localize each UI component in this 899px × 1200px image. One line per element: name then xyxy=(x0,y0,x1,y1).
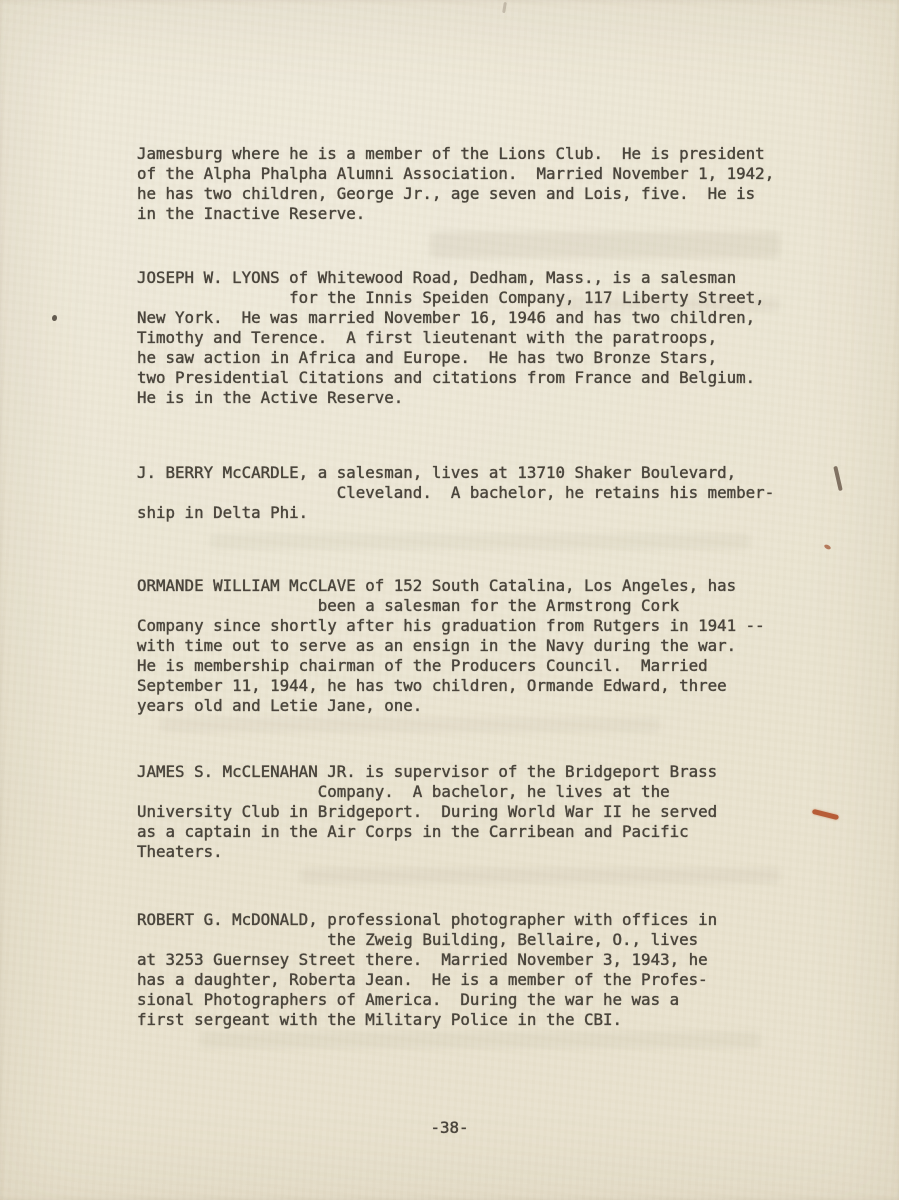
text-line: years old and Letie Jane, one. xyxy=(137,696,765,716)
text-line: ship in Delta Phi. xyxy=(137,503,774,523)
orange-ink-stroke-artifact xyxy=(812,809,839,820)
page-number: -38- xyxy=(0,1118,899,1138)
ink-dot-artifact xyxy=(52,315,57,321)
text-line: with time out to serve as an ensign in t… xyxy=(137,636,765,656)
typewritten-paragraph-mcclenahan: JAMES S. McCLENAHAN JR. is supervisor of… xyxy=(137,762,717,862)
text-line: September 11, 1944, he has two children,… xyxy=(137,676,765,696)
text-line: Theaters. xyxy=(137,842,717,862)
text-line: he saw action in Africa and Europe. He h… xyxy=(137,348,765,368)
text-line: Jamesburg where he is a member of the Li… xyxy=(137,144,774,164)
typewritten-paragraph-mcdonald: ROBERT G. McDONALD, professional photogr… xyxy=(137,910,717,1030)
text-line: in the Inactive Reserve. xyxy=(137,204,774,224)
bleed-through-smudge xyxy=(160,718,660,732)
text-line: for the Innis Speiden Company, 117 Liber… xyxy=(137,288,765,308)
scanned-document-page: Jamesburg where he is a member of the Li… xyxy=(0,0,899,1200)
text-line: first sergeant with the Military Police … xyxy=(137,1010,717,1030)
text-line: New York. He was married November 16, 19… xyxy=(137,308,765,328)
text-line: University Club in Bridgeport. During Wo… xyxy=(137,802,717,822)
typewritten-paragraph-mccardle: J. BERRY McCARDLE, a salesman, lives at … xyxy=(137,463,774,523)
text-line: been a salesman for the Armstrong Cork xyxy=(137,596,765,616)
text-line: the Zweig Building, Bellaire, O., lives xyxy=(137,930,717,950)
text-line: has a daughter, Roberta Jean. He is a me… xyxy=(137,970,717,990)
typewritten-paragraph-mcclave: ORMANDE WILLIAM McCLAVE of 152 South Cat… xyxy=(137,576,765,716)
text-line: Company since shortly after his graduati… xyxy=(137,616,765,636)
text-line: He is membership chairman of the Produce… xyxy=(137,656,765,676)
text-line: Timothy and Terence. A first lieutenant … xyxy=(137,328,765,348)
text-line: ORMANDE WILLIAM McCLAVE of 152 South Cat… xyxy=(137,576,765,596)
bleed-through-smudge xyxy=(200,1032,760,1048)
text-line: as a captain in the Air Corps in the Car… xyxy=(137,822,717,842)
text-line: Cleveland. A bachelor, he retains his me… xyxy=(137,483,774,503)
bleed-through-smudge xyxy=(430,232,780,258)
text-line: Company. A bachelor, he lives at the xyxy=(137,782,717,802)
bleed-through-smudge xyxy=(210,534,750,549)
text-line: two Presidential Citations and citations… xyxy=(137,368,765,388)
text-line: He is in the Active Reserve. xyxy=(137,388,765,408)
text-line: at 3253 Guernsey Street there. Married N… xyxy=(137,950,717,970)
typewritten-paragraph-jamesburg: Jamesburg where he is a member of the Li… xyxy=(137,144,774,224)
typewritten-paragraph-lyons: JOSEPH W. LYONS of Whitewood Road, Dedha… xyxy=(137,268,765,408)
pen-slash-artifact xyxy=(833,466,842,491)
text-line: JOSEPH W. LYONS of Whitewood Road, Dedha… xyxy=(137,268,765,288)
text-line: ROBERT G. McDONALD, professional photogr… xyxy=(137,910,717,930)
edge-fleck-artifact xyxy=(502,2,506,13)
red-speck-artifact xyxy=(823,544,831,551)
text-line: he has two children, George Jr., age sev… xyxy=(137,184,774,204)
text-line: of the Alpha Phalpha Alumni Association.… xyxy=(137,164,774,184)
text-line: JAMES S. McCLENAHAN JR. is supervisor of… xyxy=(137,762,717,782)
text-line: sional Photographers of America. During … xyxy=(137,990,717,1010)
text-line: J. BERRY McCARDLE, a salesman, lives at … xyxy=(137,463,774,483)
bleed-through-smudge xyxy=(300,868,780,883)
